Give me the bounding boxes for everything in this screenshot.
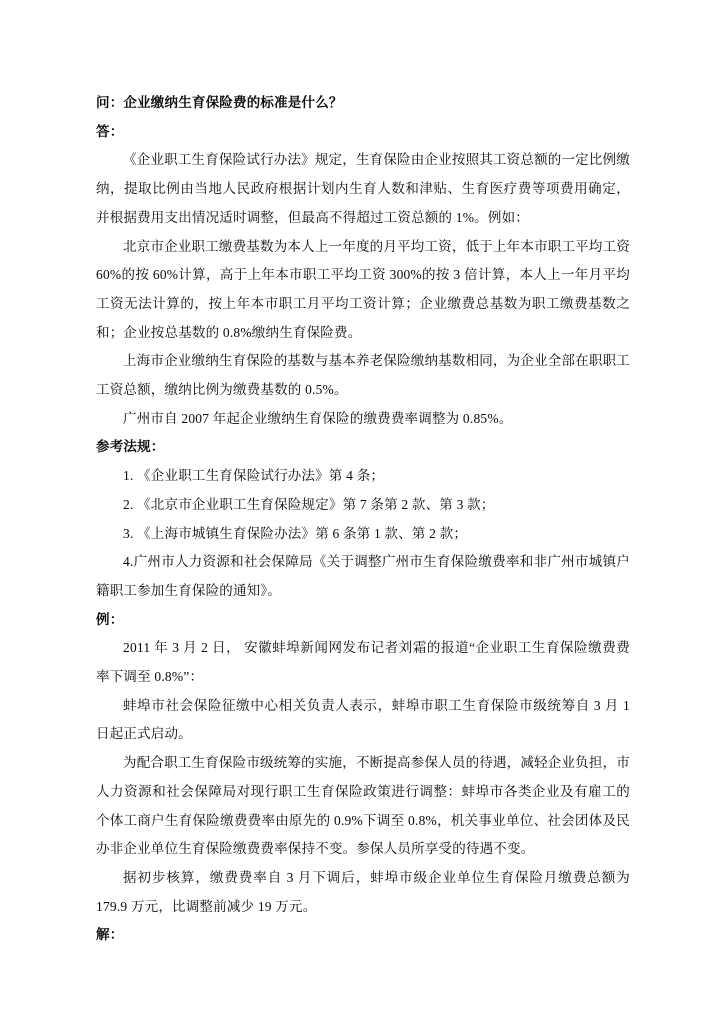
reference-item-4: 4.广州市人力资源和社会保障局《关于调整广州市生育保险缴费率和非广州市城镇户籍职… [96,548,630,605]
document-body: 问：企业缴纳生育保险费的标准是什么？ 答： 《企业职工生育保险试行办法》规定，生… [96,89,630,950]
example-estimate-paragraph: 据初步核算，缴费费率自 3 月下调后，蚌埠市级企业单位生育保险月缴费总额为 17… [96,864,630,921]
reference-item-3: 3. 《上海市城镇生育保险办法》第 6 条第 1 款、第 2 款； [96,520,630,549]
shanghai-policy-paragraph: 上海市企业缴纳生育保险的基数与基本养老保险缴纳基数相同，为企业全部在职职工工资总… [96,347,630,404]
references-heading: 参考法规： [96,433,630,462]
example-launch-paragraph: 蚌埠市社会保险征缴中心相关负责人表示，蚌埠市职工生育保险市级统筹自 3 月 1 … [96,692,630,749]
document-page: 问：企业缴纳生育保险费的标准是什么？ 答： 《企业职工生育保险试行办法》规定，生… [0,0,721,1020]
example-news-paragraph: 2011 年 3 月 2 日， 安徽蚌埠新闻网发布记者刘霜的报道“企业职工生育保… [96,634,630,691]
reference-item-2: 2. 《北京市企业职工生育保险规定》第 7 条第 2 款、第 3 款； [96,491,630,520]
solution-heading: 解： [96,921,630,950]
reference-item-1: 1. 《企业职工生育保险试行办法》第 4 条； [96,462,630,491]
answer-intro-paragraph: 《企业职工生育保险试行办法》规定，生育保险由企业按照其工资总额的一定比例缴纳，提… [96,146,630,232]
example-heading: 例： [96,606,630,635]
question-heading: 问：企业缴纳生育保险费的标准是什么？ [96,89,630,118]
beijing-policy-paragraph: 北京市企业职工缴费基数为本人上一年度的月平均工资，低于上年本市职工平均工资 60… [96,233,630,348]
example-adjustment-paragraph: 为配合职工生育保险市级统筹的实施，不断提高参保人员的待遇，减轻企业负担，市人力资… [96,749,630,864]
answer-heading: 答： [96,118,630,147]
guangzhou-policy-paragraph: 广州市自 2007 年起企业缴纳生育保险的缴费费率调整为 0.85%。 [96,405,630,434]
